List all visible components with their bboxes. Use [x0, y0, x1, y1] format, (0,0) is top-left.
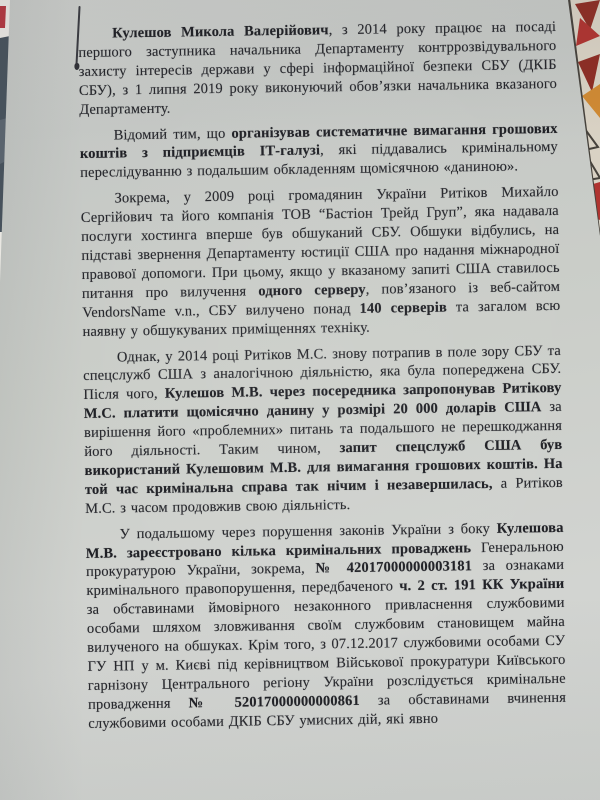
bold-text-segment: ч. 2 ст. 191 КК України	[399, 576, 564, 594]
paragraph: У подальшому через порушення законів Укр…	[85, 519, 566, 734]
paragraph: Однак, у 2014 році Ритіков М.С. знову по…	[83, 341, 563, 518]
bold-text-segment: № 52017000000000861	[188, 693, 359, 712]
text-segment: Відомий тим, що	[114, 125, 232, 143]
document-page: Кулешов Микола Валерійович, з 2014 року …	[0, 0, 600, 800]
paragraph: Відомий тим, що організував систематичне…	[80, 119, 559, 183]
paragraph: Кулешов Микола Валерійович, з 2014 року …	[78, 18, 557, 120]
document-text: Кулешов Микола Валерійович, з 2014 року …	[78, 18, 567, 741]
text-segment: У подальшому через порушення законів Укр…	[119, 521, 496, 543]
bold-text-segment: 140 серверів	[359, 299, 447, 316]
photo-scene: Кулешов Микола Валерійович, з 2014 року …	[0, 0, 600, 800]
bold-text-segment: № 42017000000003181	[315, 559, 472, 577]
bold-text-segment: Кулешов Микола Валерійович	[112, 22, 329, 41]
paragraph: Зокрема, у 2009 році громадянин України …	[80, 183, 560, 341]
left-object-red-patch	[0, 6, 6, 28]
bold-text-segment: одного серверу	[258, 282, 366, 300]
